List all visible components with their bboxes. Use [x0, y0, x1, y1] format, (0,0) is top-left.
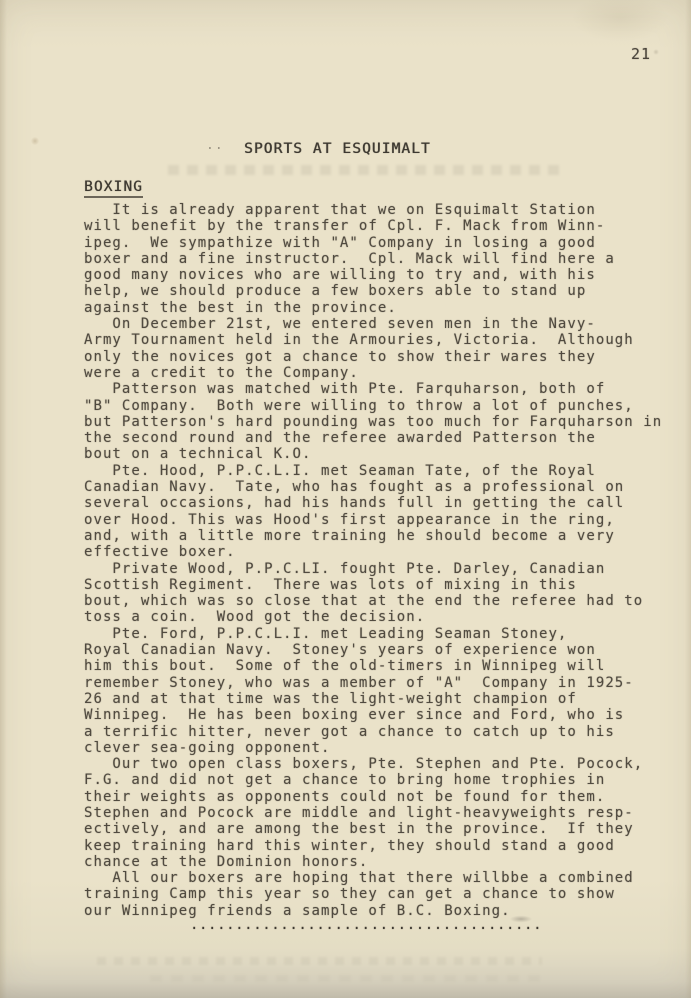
- scanned-page: 21 .. SPORTS AT ESQUIMALT BOXING It is a…: [0, 0, 691, 998]
- article-body-text: It is already apparent that we on Esquim…: [84, 202, 662, 919]
- bleedthrough-band-bottom-1: [97, 957, 542, 965]
- page-number: 21: [631, 45, 651, 63]
- bleedthrough-band-under-title: [168, 165, 566, 175]
- page-title: SPORTS AT ESQUIMALT: [244, 141, 431, 157]
- section-heading-boxing: BOXING: [84, 179, 143, 198]
- stray-typewriter-mark: ..: [206, 138, 224, 153]
- bleedthrough-band-bottom-2: [150, 975, 540, 982]
- dotted-divider: .......................................: [190, 917, 542, 933]
